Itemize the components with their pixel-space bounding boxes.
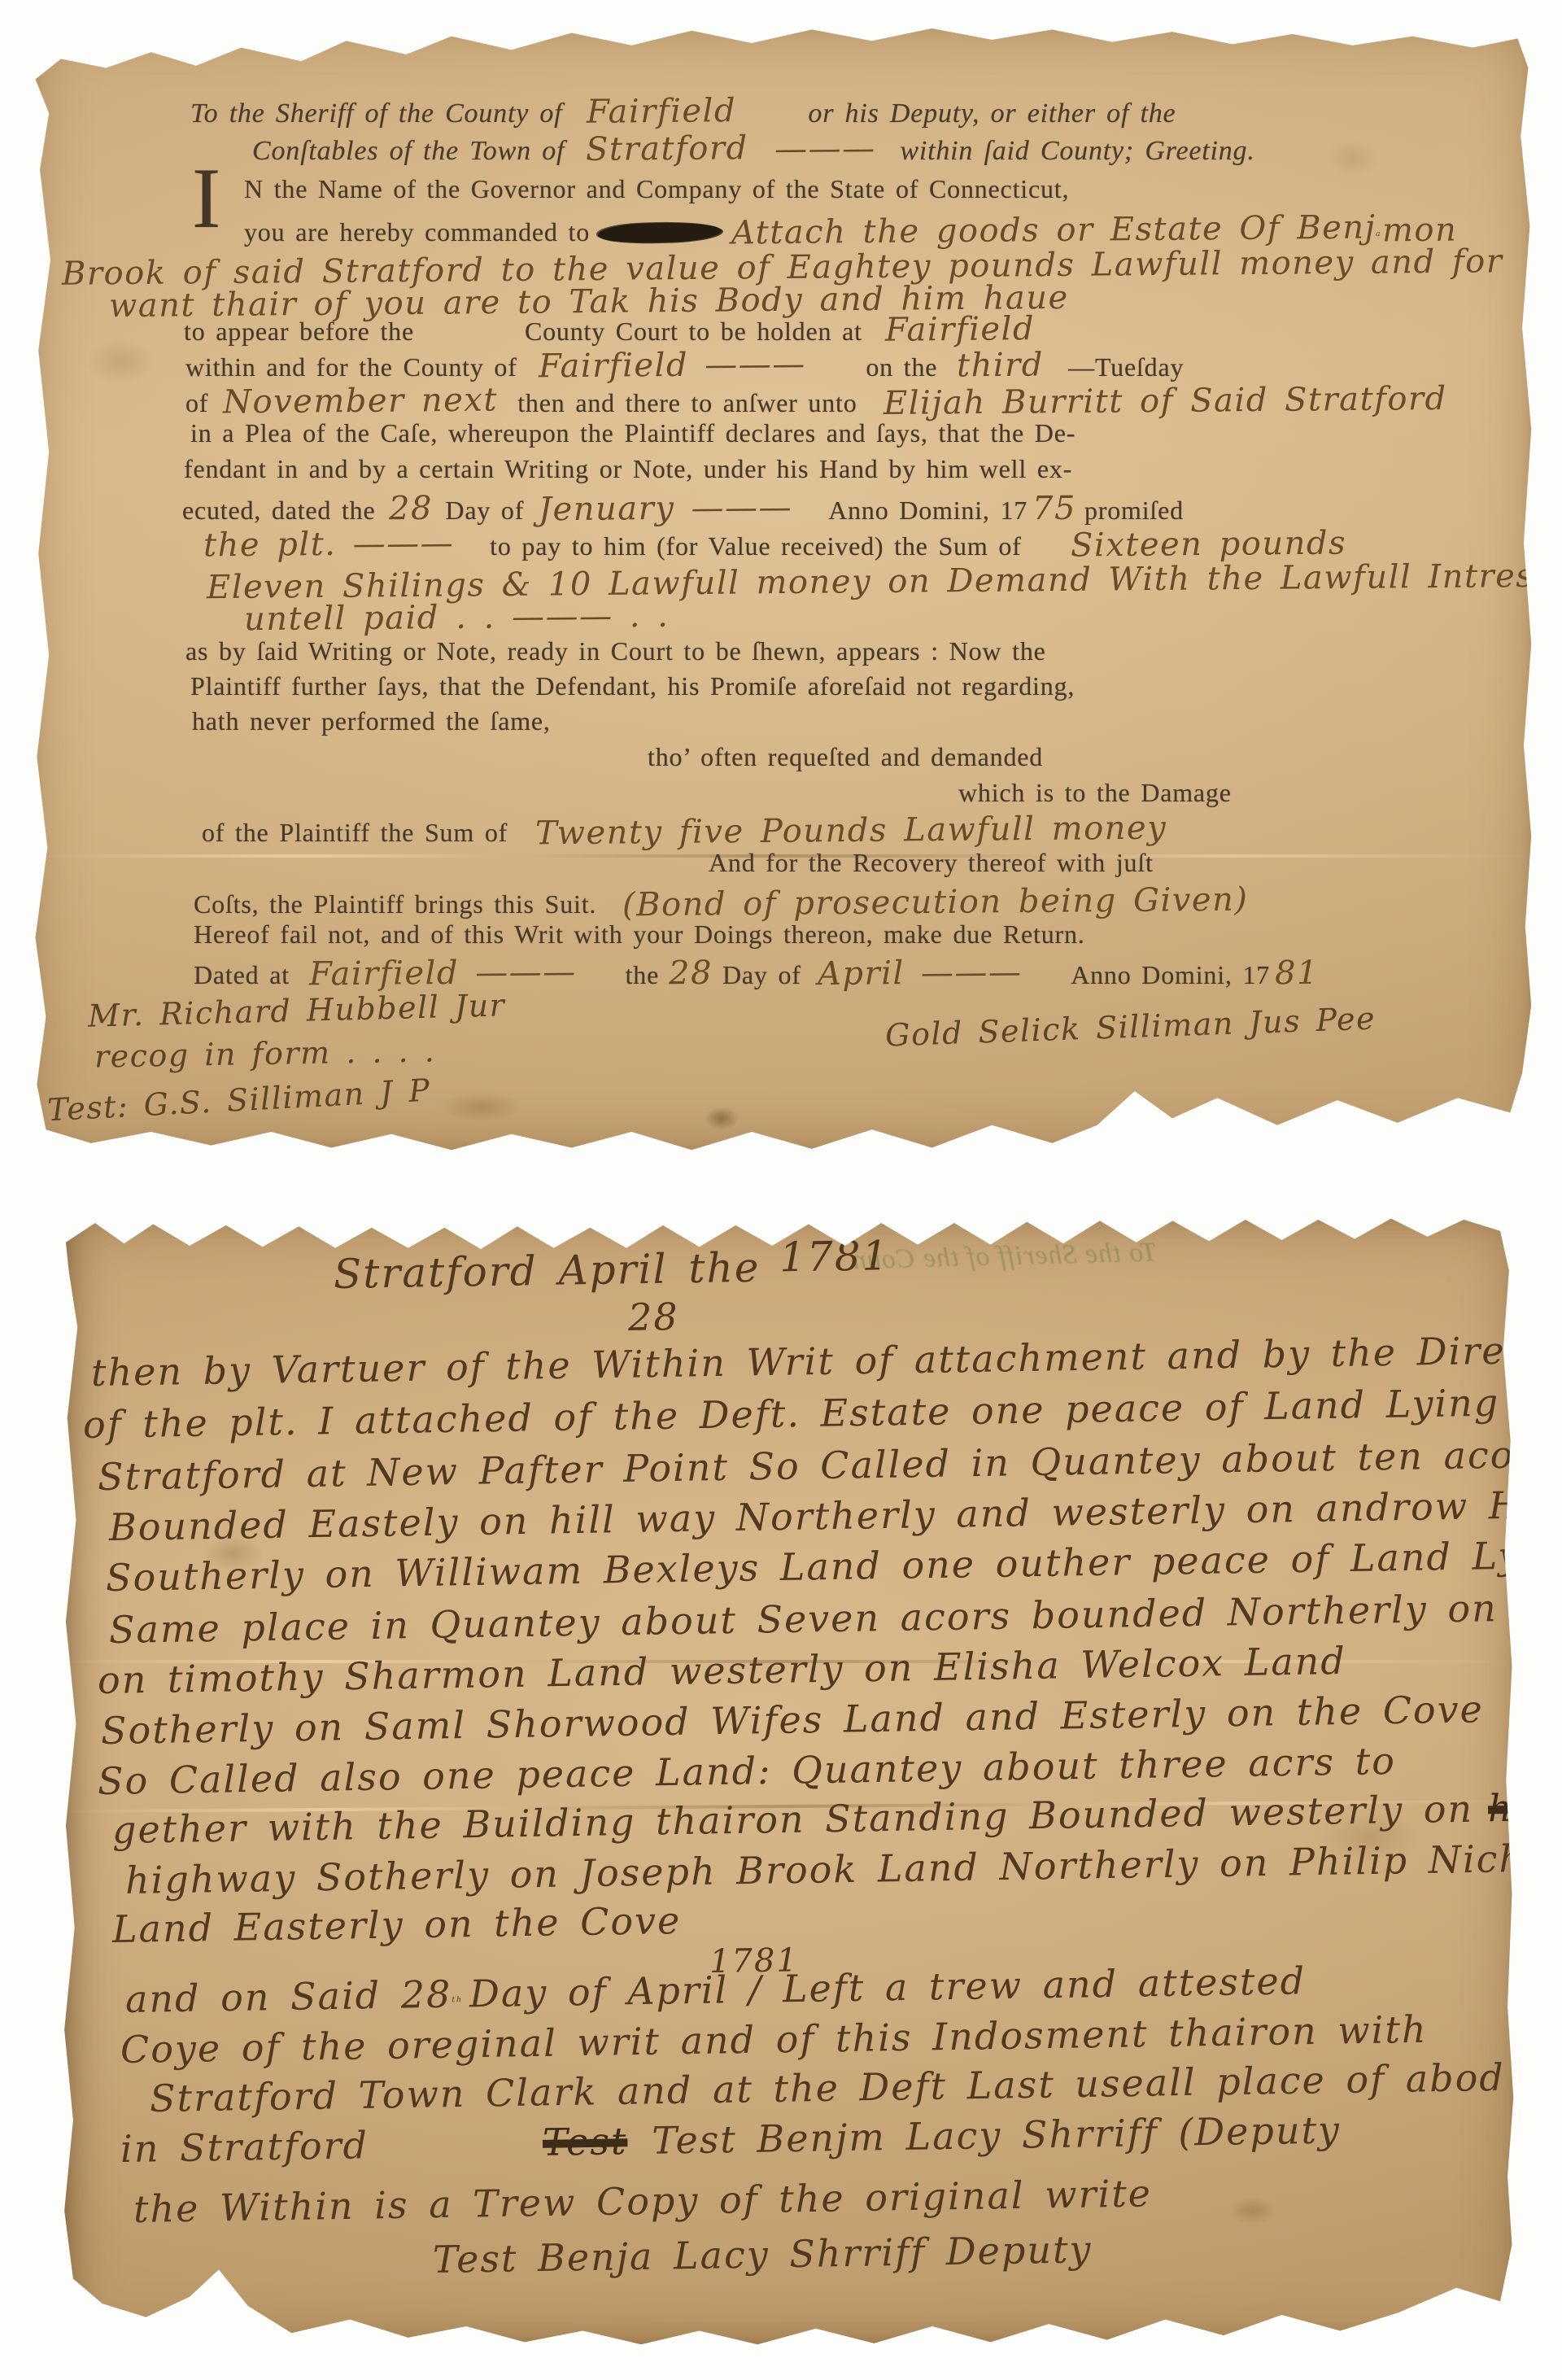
- p1-line-23: Hereof fail not, and of this Writ with y…: [194, 919, 1085, 950]
- p1-line-19: which is to the Damage: [958, 778, 1232, 808]
- p2-line-13: Land Easterly on the Cove: [112, 1898, 682, 1951]
- print-text: To the Sheriff of the County of: [190, 98, 562, 129]
- true-copy-note: the Within is a Trew Copy of the origina…: [133, 2171, 1153, 2231]
- print-text: or his Deputy, or either of the: [808, 98, 1176, 129]
- print-text: fendant in and by a certain Writing or N…: [184, 454, 1072, 483]
- handwritten-text: 28: [628, 1295, 679, 1339]
- p2-heading-day: 28: [628, 1295, 679, 1339]
- p1-line-24: Dated at Fairfield ——— the 28 Day of Apr…: [194, 954, 1319, 992]
- p1-line-3: you are hereby commanded toAttach the go…: [244, 212, 1457, 249]
- handwritten-text: Fairfield ———: [538, 346, 805, 386]
- redaction-mark: [598, 221, 722, 243]
- print-text: ecuted, dated the: [182, 496, 376, 525]
- print-text: of: [185, 388, 208, 417]
- p1-line-17: hath never performed the ſame,: [192, 706, 551, 736]
- handwritten-text: 75: [1032, 490, 1076, 527]
- handwritten-text: April ———: [818, 954, 1023, 993]
- recog-note: recog in form . . . .: [94, 1033, 436, 1074]
- page-2-content: To the Sheriff of the Coun Stratford Apr…: [59, 1214, 1515, 2347]
- handwritten-text: 81: [1275, 954, 1319, 992]
- print-text: Anno Domini, 17: [1071, 960, 1270, 989]
- handwritten-text: the Within is a Trew Copy of the origina…: [133, 2171, 1153, 2231]
- print-text: within ſaid County; Greeting.: [900, 136, 1254, 166]
- struck-text: hiway: [1488, 1784, 1562, 1830]
- signature-text: recog in form . . . .: [94, 1033, 436, 1074]
- handwritten-text: November next: [223, 382, 498, 421]
- p1-line-8: of November next then and there to anſwe…: [185, 382, 1446, 420]
- handwritten-text: Day of April / Left a trew and attested: [469, 1959, 1307, 2015]
- print-text: Hereof fail not, and of this Writ with y…: [194, 919, 1085, 949]
- handwritten-text: and on Said 28: [125, 1972, 452, 2021]
- print-text: which is to the Damage: [958, 778, 1232, 807]
- p2-heading-date: Stratford April the 1781: [334, 1242, 890, 1298]
- handwritten-text: the plt. ———: [203, 525, 455, 565]
- handwritten-text: third: [957, 347, 1044, 385]
- print-text: in a Plea of the Caſe, whereupon the Pla…: [190, 418, 1076, 448]
- handwritten-text: untell paid . . ——— . .: [244, 597, 670, 639]
- document-page-2: To the Sheriff of the Coun Stratford Apr…: [59, 1214, 1515, 2347]
- handwritten-year: 1781: [779, 1232, 890, 1281]
- print-text: tho’ often requeſted and demanded: [648, 742, 1043, 771]
- handwritten-text: Twenty five Pounds Lawfull money: [535, 810, 1167, 853]
- print-text: as by ſaid Writing or Note, ready in Cou…: [185, 636, 1046, 666]
- print-text: then and there to anſwer unto: [517, 388, 857, 417]
- p1-line-6: to appear before the County Court to be …: [184, 311, 1035, 348]
- p1-line-22: Coſts, the Plaintiff brings this Suit. (…: [194, 884, 1249, 921]
- print-text: to appear before the: [184, 317, 414, 346]
- handwritten-text: Land Easterly on the Cove: [112, 1898, 682, 1951]
- handwritten-text: 28: [669, 954, 713, 992]
- print-text: Dated at: [194, 960, 290, 989]
- print-text: promiſed: [1084, 496, 1184, 525]
- p1-line-7: within and for the County of Fairfield —…: [185, 347, 1184, 384]
- signature-silliman-justice: Gold Selick Silliman Jus Pee: [884, 1000, 1376, 1053]
- signature-text: Test Benjm Lacy Shrriff (Deputy: [652, 2107, 1341, 2162]
- print-text: N the Name of the Governor and Company o…: [244, 174, 1069, 203]
- handwritten-text: Fairfield: [885, 310, 1035, 349]
- handwritten-text: Sixteen pounds: [1070, 525, 1346, 565]
- print-text: Day of: [445, 496, 524, 525]
- signature-text: Test Benja Lacy Shrriff Deputy: [433, 2227, 1093, 2282]
- document-page-1: To the Sheriff of the County of Fairfiel…: [31, 23, 1533, 1152]
- page-1-content: To the Sheriff of the County of Fairfiel…: [31, 23, 1533, 1152]
- superscript-text: th: [452, 1995, 463, 2004]
- signature-text: Test: G.S. Silliman J P: [46, 1072, 431, 1129]
- signature-hubbell: Mr. Richard Hubbell Jur: [88, 987, 506, 1033]
- handwritten-text: (Bond of prosecution being Given): [622, 881, 1249, 924]
- print-text: Conſtables of the Town of: [252, 136, 565, 166]
- p1-line-0: To the Sheriff of the County of Fairfiel…: [190, 93, 1176, 130]
- print-text: Coſts, the Plaintiff brings this Suit.: [194, 889, 596, 919]
- handwritten-text: Stratford April the: [334, 1244, 761, 1298]
- handwritten-text: 28: [388, 490, 432, 527]
- print-text: to pay to him (for Value received) the S…: [490, 531, 1021, 561]
- print-text: Anno Domini, 17: [828, 496, 1028, 525]
- p1-line-21: And for the Recovery thereof with juſt: [709, 848, 1154, 878]
- scan-background: { "colors": { "background": "#fdfdfb", "…: [0, 0, 1562, 2380]
- signature-text: Gold Selick Silliman Jus Pee: [884, 1000, 1376, 1053]
- true-copy-signature: Test Benja Lacy Shrriff Deputy: [433, 2227, 1093, 2282]
- p1-line-1: Conſtables of the Town of Stratford ——— …: [252, 130, 1255, 168]
- p1-line-18: tho’ often requeſted and demanded: [648, 742, 1043, 772]
- print-text: within and for the County of: [185, 352, 517, 382]
- handwritten-text: Elijah Burritt of Said Stratford: [883, 380, 1446, 422]
- signature-silliman-attest: Test: G.S. Silliman J P: [46, 1072, 431, 1129]
- handwritten-text: Jenuary ———: [539, 489, 792, 529]
- p1-line-20: of the Plaintiff the Sum of Twenty five …: [202, 812, 1167, 849]
- superscript-text: a: [1376, 229, 1381, 238]
- struck-text: Test: [543, 2119, 628, 2164]
- p1-line-9: in a Plea of the Caſe, whereupon the Pla…: [190, 418, 1076, 448]
- print-text: hath never performed the ſame,: [192, 706, 551, 736]
- print-text: And for the Recovery thereof with juſt: [709, 848, 1154, 877]
- p1-line-2: N the Name of the Governor and Company o…: [244, 174, 1069, 204]
- signature-text: Mr. Richard Hubbell Jur: [88, 987, 506, 1033]
- print-text: —Tueſday: [1068, 352, 1184, 382]
- handwritten-dash: ———: [774, 129, 876, 168]
- handwritten-text: Fairfield: [587, 92, 736, 131]
- print-text: of the Plaintiff the Sum of: [202, 818, 508, 847]
- p1-line-10: fendant in and by a certain Writing or N…: [184, 454, 1072, 484]
- p1-line-15: as by ſaid Writing or Note, ready in Cou…: [185, 636, 1046, 666]
- print-text: you are hereby commanded to: [244, 217, 590, 247]
- handwritten-text: in Stratford: [120, 2123, 369, 2171]
- handwritten-text: Stratford: [586, 129, 748, 168]
- print-text: the: [626, 960, 660, 989]
- print-text: County Court to be holden at: [525, 317, 862, 346]
- handwritten-text: Fairfield ———: [309, 954, 577, 993]
- p1-line-13: Eleven Shilings & 10 Lawfull money on De…: [207, 563, 1548, 600]
- p1-line-11: ecuted, dated the 28 Day of Jenuary ——— …: [182, 490, 1184, 527]
- print-text: Plaintiff further ſays, that the Defenda…: [190, 671, 1075, 701]
- print-text: on the: [866, 352, 937, 382]
- p1-line-14: untell paid . . ——— . .: [244, 599, 669, 636]
- print-text: Day of: [722, 960, 801, 989]
- drop-cap: I: [192, 161, 220, 236]
- p1-line-16: Plaintiff further ſays, that the Defenda…: [190, 671, 1075, 701]
- p1-line-12: the plt. ——— to pay to him (for Value re…: [203, 526, 1346, 563]
